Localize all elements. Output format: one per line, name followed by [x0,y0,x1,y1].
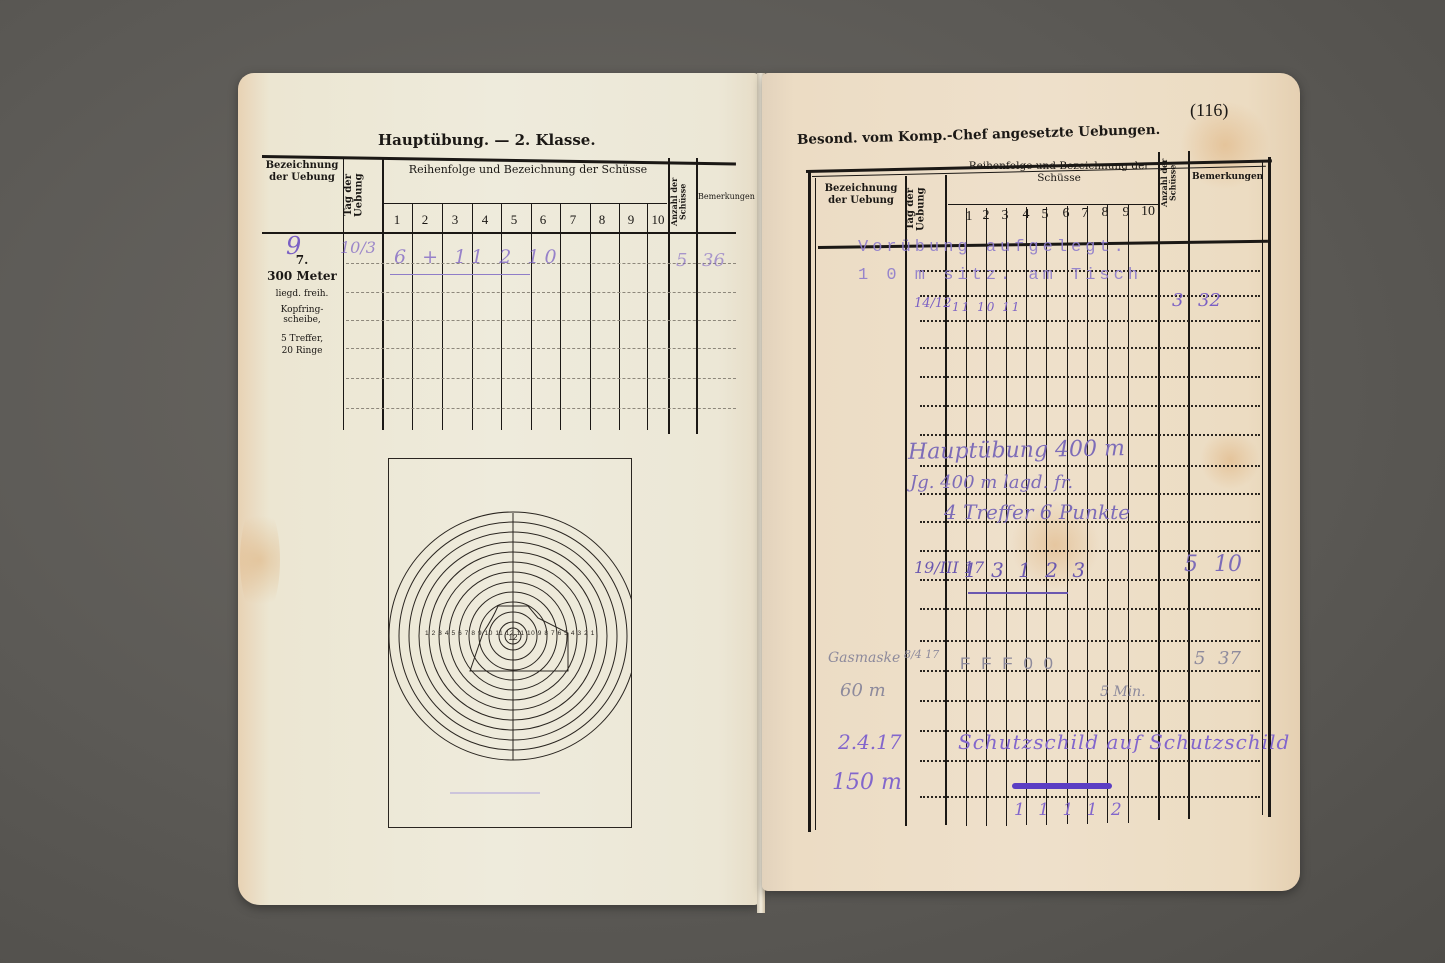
handwritten-date: 10/3 [340,238,376,257]
shot-number: 5 [503,212,525,228]
underline-mark [1012,783,1112,789]
header-remarks: Bemerkungen [1192,172,1248,182]
entry-count: 5 [1194,648,1205,669]
shot-number: 7 [1076,206,1094,222]
header-count: Anzahl der Schüsse [670,172,696,232]
header-sequence: Reihenfolge und Bezeichnung der Schüsse [956,160,1162,184]
shot-number: 2 [414,212,436,228]
shot-number: 1 [386,212,408,228]
age-stain [1200,430,1260,490]
stamp-line-2: 1 0 m sitz. am Tisch [858,266,1142,285]
handwritten-remark: 36 [702,250,725,271]
shot-number: 4 [474,212,496,228]
entry-distance: 150 m [832,770,902,795]
handwritten-underline [390,274,530,275]
entry-shots: 1 3 1 2 3 [964,558,1089,582]
entry-remark: 32 [1198,290,1221,311]
entry-remark: 37 [1218,648,1241,669]
target-horizontal-labels: 1 2 3 4 5 6 7 8 9 10 11 12 11 10 9 8 7 6… [390,630,630,637]
header-exercise: Bezeichnung der Uebung [262,160,342,183]
shot-number: 9 [620,212,642,228]
shot-number: 10 [647,212,669,228]
left-page-title: Hauptübung. — 2. Klasse. [378,131,596,149]
entry-date: 8/4 17 [904,648,939,661]
hauptuebung-line-1: Hauptübung 400 m [908,436,1125,465]
entry-time: 5 Min. [1100,684,1146,700]
header-exercise: Bezeichnung der Uebung [816,183,906,206]
handwritten-underline [968,592,1068,594]
header-count: Anzahl der Schüsse [1160,152,1188,214]
header-day: Tag der Uebung [906,176,946,242]
pencil-mark [450,792,540,794]
header-sequence: Reihenfolge und Bezeichnung der Schüsse [388,164,668,177]
entry-text: Schutzschild auf Schutzschild [958,730,1290,754]
exercise-number: 7. [262,254,342,268]
header-remarks: Bemerkungen [698,192,740,201]
shot-number: 6 [1057,206,1075,222]
hauptuebung-line-3: 4 Treffer 6 Punkte [944,500,1130,524]
shot-number: 3 [996,208,1014,224]
exercise-position: liegd. freih. [262,289,342,299]
ring-target-icon: 12 [388,458,632,828]
exercise-rings: 20 Ringe [262,346,342,356]
shot-number: 8 [591,212,613,228]
shot-number: 8 [1096,205,1114,221]
entry-remark: 10 [1214,552,1242,577]
shot-number: 9 [1117,205,1135,221]
exercise-hits: 5 Treffer, [262,334,342,344]
entry-shots: 1 1 1 1 2 [1014,800,1126,820]
shot-number: 6 [532,212,554,228]
shot-number: 7 [562,212,584,228]
age-stain [240,500,280,620]
entry-shots: 11 10 11 [952,300,1021,314]
exercise-distance: 300 Meter [262,270,342,284]
entry-shots: F F F 0 0 [960,654,1056,674]
exercise-target: Kopfring-scheibe, [270,305,334,326]
entry-date: 14/12 [914,296,951,311]
shot-number: 3 [444,212,466,228]
header-day: Tag der Uebung [344,160,380,230]
handwritten-count: 5 [676,250,687,271]
hauptuebung-line-2: Jg. 400 m lagd. fr. [910,472,1073,493]
entry-count: 3 [1172,290,1183,311]
shot-number: 5 [1036,207,1054,223]
handwritten-mark: 9 [286,232,301,260]
handwritten-shots: 6 + 11 2 10 [394,246,562,268]
entry-date: 2.4.17 [838,730,902,754]
entry-label: Gasmaske [828,650,900,666]
page-number: (116) [1190,100,1228,121]
stamp-line-1: Vorübung aufgelegt. [858,238,1128,257]
shot-number: 10 [1137,204,1159,220]
shot-number: 1 [960,209,978,225]
entry-distance: 60 m [840,680,886,701]
entry-count: 5 [1184,552,1198,577]
